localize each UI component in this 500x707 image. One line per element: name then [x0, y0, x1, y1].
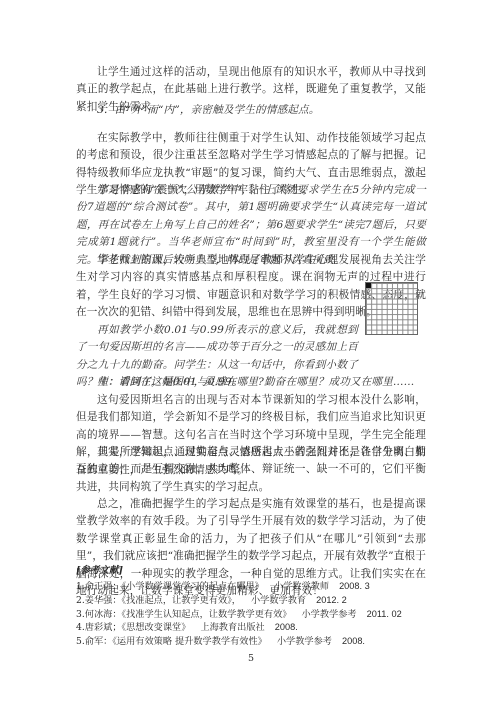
- filled-cell: [366, 283, 371, 288]
- reference-item: 1.俞正强：《小学数学课堂学习的起点在哪里》小学数学教师2008. 3: [76, 580, 370, 593]
- reference-item: 2.姜华强：《找准起点，让教学更有效》，小学数学教育2012. 2: [76, 594, 347, 607]
- references-title: [参考文献]: [76, 562, 123, 576]
- paragraph-teacher-question: 师：请问在这幅图中，灵感在哪里?勤奋在哪里？成功又在哪里……: [76, 374, 426, 391]
- section-heading-3: 3．由“外”而“内”，亲密触及学生的情感起点。: [76, 102, 426, 119]
- reference-item: 3.何冰海：《找准学生认知起点，让数学教学更有效》小学教学参考2011. 02: [76, 608, 402, 621]
- reference-item: 4.唐彩斌；《思想改变课堂》上海教育出版社2008.: [76, 621, 298, 634]
- paragraph-three-starting-points: 其实，逻辑起点、现实起点、情感起点三者之间并不是各自分离、相互独立的，而是互相交…: [76, 444, 426, 496]
- reference-item: 5.俞军：《运用有效策略 提升数学教学有效性》小学教学参考2008.: [76, 635, 365, 648]
- hundred-grid-figure: [365, 282, 418, 335]
- page-number: 5: [76, 653, 426, 664]
